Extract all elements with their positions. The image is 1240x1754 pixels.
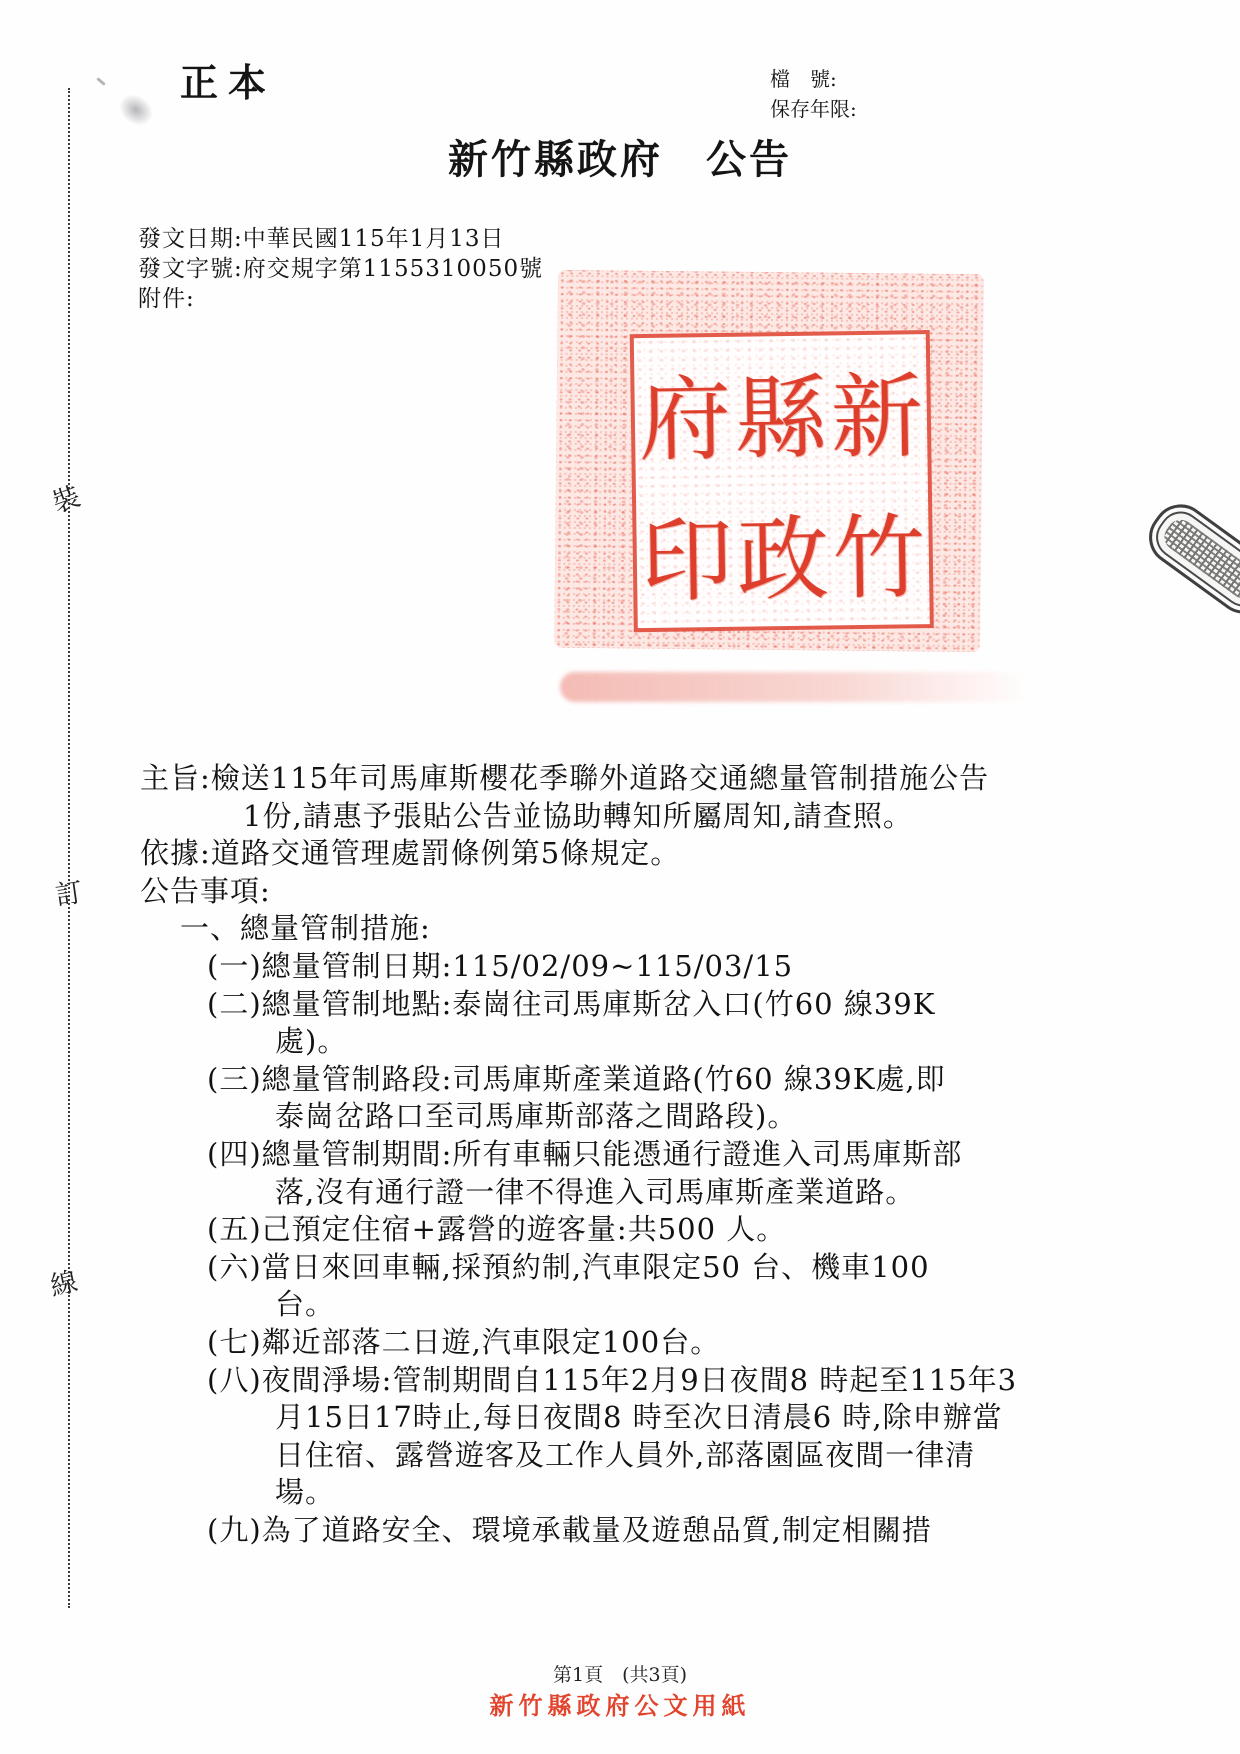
- scanned-official-announcement-page: 裝 訂 線 正本 檔 號: 保存年限: 新竹縣政府 公告 發文日期:中華民國11…: [0, 0, 1240, 1754]
- receipt-date-stamp: [1138, 493, 1240, 624]
- announcement-body: 主旨:檢送115年司馬庫斯櫻花季聯外道路交通總量管制措施公告 1份,請惠予張貼公…: [0, 760, 1240, 1549]
- issue-date-line: 發文日期:中華民國115年1月13日: [138, 224, 543, 254]
- scan-smudge: [113, 88, 159, 132]
- body-line: 台。: [0, 1286, 1240, 1324]
- body-line: 場。: [0, 1474, 1240, 1512]
- body-line: 日住宿、露營遊客及工作人員外,部落園區夜間一律清: [0, 1437, 1240, 1475]
- seal-char: 縣: [732, 339, 830, 481]
- body-line: 公告事項:: [0, 873, 1240, 911]
- official-seal-inner-square: 新 竹 縣 政 府 印: [630, 330, 934, 632]
- official-paper-label: 新竹縣政府公文用紙: [0, 1686, 1240, 1721]
- binding-char-zhuang: 裝: [46, 475, 85, 521]
- seal-char: 竹: [830, 479, 928, 621]
- attachment-label: 附件:: [138, 284, 543, 314]
- seal-ink-smear: [560, 672, 1030, 702]
- copy-type-label: 正本: [180, 52, 276, 107]
- body-line: (八)夜間淨場:管制期間自115年2月9日夜間8 時起至115年3: [0, 1362, 1240, 1400]
- body-line: (五)己預定住宿+露營的遊客量:共500 人。: [0, 1211, 1240, 1249]
- body-line: 主旨:檢送115年司馬庫斯櫻花季聯外道路交通總量管制措施公告: [0, 760, 1240, 798]
- file-number-block: 檔 號: 保存年限:: [770, 64, 857, 124]
- body-line: 月15日17時止,每日夜間8 時至次日清晨6 時,除申辦當: [0, 1399, 1240, 1437]
- body-line: 落,沒有通行證一律不得進入司馬庫斯產業道路。: [0, 1174, 1240, 1212]
- document-title: 新竹縣政府 公告: [0, 128, 1240, 185]
- official-seal-stamp: 新 竹 縣 政 府 印: [554, 270, 984, 652]
- seal-char: 印: [638, 482, 736, 624]
- body-line: (二)總量管制地點:泰崗往司馬庫斯岔入口(竹60 線39K: [0, 986, 1240, 1024]
- retention-period-label: 保存年限:: [770, 94, 857, 124]
- seal-char: 府: [636, 341, 734, 483]
- body-line: 處)。: [0, 1023, 1240, 1061]
- body-line: (一)總量管制日期:115/02/09~115/03/15: [0, 948, 1240, 986]
- body-line: 泰崗岔路口至司馬庫斯部落之間路段)。: [0, 1098, 1240, 1136]
- body-line: (七)鄰近部落二日遊,汽車限定100台。: [0, 1324, 1240, 1362]
- body-line: 1份,請惠予張貼公告並協助轉知所屬周知,請查照。: [0, 798, 1240, 836]
- page-number-indicator: 第1頁 (共3頁): [0, 1660, 1240, 1687]
- seal-char: 新: [828, 338, 926, 480]
- seal-char: 政: [734, 480, 832, 622]
- body-line: 一、總量管制措施:: [0, 910, 1240, 948]
- document-meta-block: 發文日期:中華民國115年1月13日 發文字號:府交規字第1155310050號…: [138, 224, 543, 314]
- body-line: (六)當日來回車輛,採預約制,汽車限定50 台、機車100: [0, 1249, 1240, 1287]
- body-line: (四)總量管制期間:所有車輛只能憑通行證進入司馬庫斯部: [0, 1136, 1240, 1174]
- body-line: (九)為了道路安全、環境承載量及遊憩品質,制定相關措: [0, 1512, 1240, 1550]
- scan-smudge-small: [96, 77, 106, 86]
- body-line: 依據:道路交通管理處罰條例第5條規定。: [0, 835, 1240, 873]
- file-number-label: 檔 號:: [770, 64, 857, 94]
- doc-number-line: 發文字號:府交規字第1155310050號: [138, 254, 543, 284]
- receipt-stamp-illegible-text: [1159, 514, 1240, 603]
- body-line: (三)總量管制路段:司馬庫斯產業道路(竹60 線39K處,即: [0, 1061, 1240, 1099]
